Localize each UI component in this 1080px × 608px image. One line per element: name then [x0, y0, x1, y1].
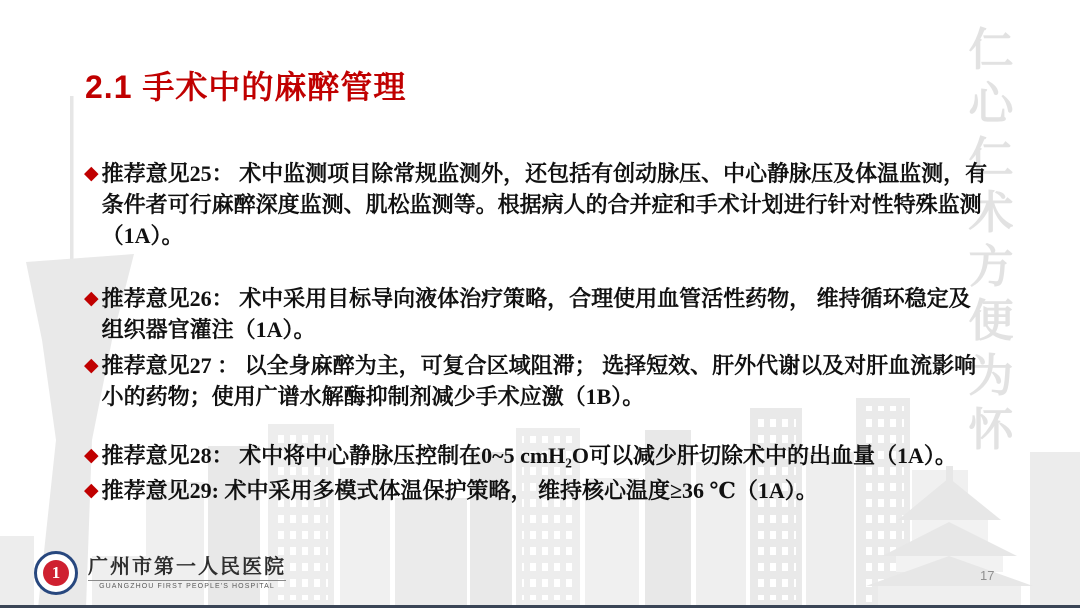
- recommendation-text: 推荐意见26： 术中采用目标导向液体治疗策略，合理使用血管活性药物， 维持循环稳…: [102, 283, 992, 345]
- presentation-slide: 仁 心 仁 术 方 便 为 怀 2.1 手术中的麻醉管理 ◆ 推荐意见25： 术…: [0, 0, 1080, 608]
- diamond-bullet-icon: ◆: [84, 350, 99, 381]
- diamond-bullet-icon: ◆: [84, 440, 99, 471]
- recommendation-item-25: ◆ 推荐意见25： 术中监测项目除常规监测外，还包括有创动脉压、中心静脉压及体温…: [84, 158, 992, 251]
- recommendation-item-27: ◆ 推荐意见27 ： 以全身麻醉为主，可复合区域阻滞； 选择短效、肝外代谢以及对…: [84, 350, 992, 412]
- recommendation-text: 推荐意见27 ： 以全身麻醉为主，可复合区域阻滞； 选择短效、肝外代谢以及对肝血…: [102, 350, 992, 412]
- recommendation-item-26: ◆ 推荐意见26： 术中采用目标导向液体治疗策略，合理使用血管活性药物， 维持循…: [84, 283, 992, 345]
- motto-char: 仁: [968, 26, 1013, 73]
- recommendation-text: 推荐意见28： 术中将中心静脉压控制在0~5 cmH₂O可以减少肝切除术中的出血…: [102, 440, 957, 471]
- recommendation-item-29: ◆ 推荐意见29: 术中采用多模式体温保护策略， 维持核心温度≥36 ℃（1A）…: [84, 475, 992, 506]
- motto-char: 心: [968, 80, 1013, 127]
- recommendation-item-28: ◆ 推荐意见28： 术中将中心静脉压控制在0~5 cmH₂O可以减少肝切除术中的…: [84, 440, 992, 471]
- hospital-name-zh: 广州市第一人民医院: [88, 556, 286, 578]
- diamond-bullet-icon: ◆: [84, 158, 99, 189]
- diamond-bullet-icon: ◆: [84, 475, 99, 506]
- hospital-logo: 1 广州市第一人民医院 GUANGZHOU FIRST PEOPLE'S HOS…: [34, 551, 286, 595]
- recommendations-list: ◆ 推荐意见25： 术中监测项目除常规监测外，还包括有创动脉压、中心静脉压及体温…: [84, 158, 992, 506]
- hospital-emblem-icon: 1: [34, 551, 78, 595]
- emblem-number: 1: [43, 560, 69, 586]
- recommendation-text: 推荐意见29: 术中采用多模式体温保护策略， 维持核心温度≥36 ℃（1A）。: [102, 475, 818, 506]
- slide-title: 2.1 手术中的麻醉管理: [85, 62, 406, 108]
- page-number: 17: [980, 568, 994, 583]
- hospital-name-block: 广州市第一人民医院 GUANGZHOU FIRST PEOPLE'S HOSPI…: [88, 556, 286, 590]
- hospital-name-en: GUANGZHOU FIRST PEOPLE'S HOSPITAL: [88, 580, 286, 590]
- diamond-bullet-icon: ◆: [84, 283, 99, 314]
- recommendation-text: 推荐意见25： 术中监测项目除常规监测外，还包括有创动脉压、中心静脉压及体温监测…: [102, 158, 992, 251]
